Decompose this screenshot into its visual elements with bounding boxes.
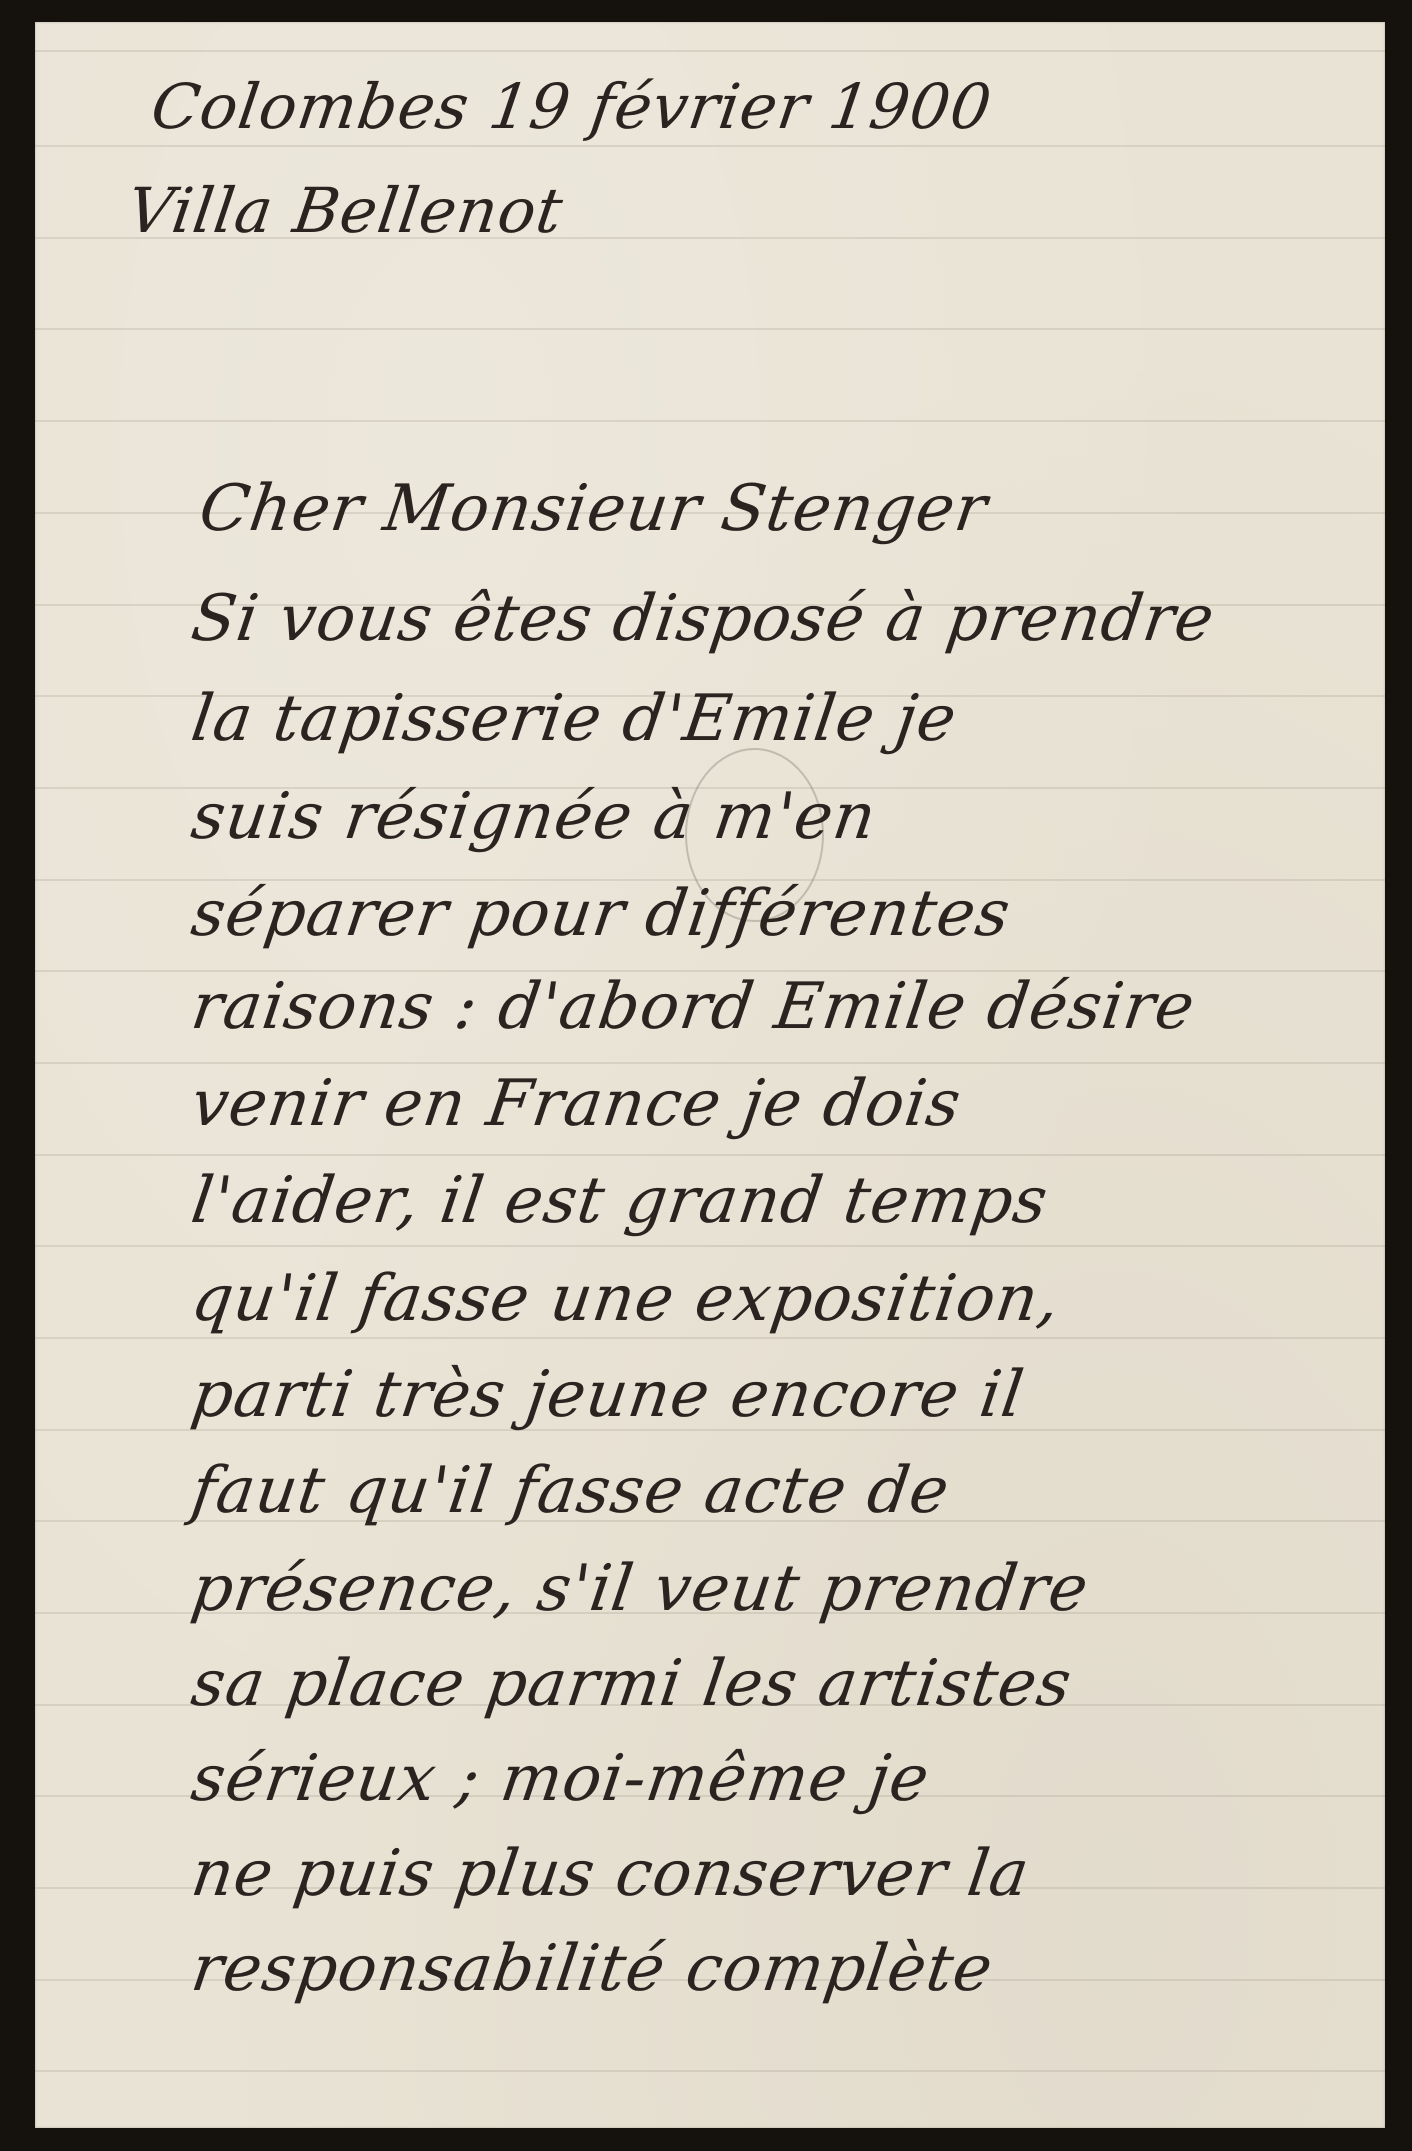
ruled-line	[35, 1062, 1385, 1064]
ruled-line	[35, 2070, 1385, 2072]
ruled-line	[35, 328, 1385, 330]
body-line: venir en France je dois	[187, 1067, 966, 1141]
body-line: raisons : d'abord Emile désire	[187, 970, 1200, 1044]
ruled-line	[35, 1245, 1385, 1247]
body-line: sa place parmi les artistes	[187, 1647, 1076, 1721]
ruled-line	[35, 1337, 1385, 1339]
body-line: la tapisserie d'Emile je	[187, 682, 961, 756]
ruled-line	[35, 1154, 1385, 1156]
salutation-line: Cher Monsieur Stenger	[195, 472, 992, 546]
body-line: présence, s'il veut prendre	[187, 1552, 1093, 1626]
ruled-line	[35, 420, 1385, 422]
place-date-line: Colombes 19 février 1900	[147, 70, 996, 143]
document-frame: Colombes 19 février 1900 Villa Bellenot …	[0, 0, 1412, 2151]
ruled-line	[35, 145, 1385, 147]
body-line: l'aider, il est grand temps	[187, 1164, 1053, 1238]
body-line: séparer pour différentes	[187, 877, 1015, 951]
body-line: ne puis plus conserver la	[187, 1837, 1034, 1911]
address-line: Villa Bellenot	[123, 174, 568, 247]
body-line: responsabilité complète	[187, 1932, 998, 2006]
body-line: sérieux ; moi-même je	[187, 1742, 934, 1816]
body-line: faut qu'il fasse acte de	[187, 1454, 954, 1528]
body-line: qu'il fasse une exposition,	[187, 1262, 1065, 1336]
body-line: parti très jeune encore il	[187, 1358, 1029, 1432]
ruled-line	[35, 50, 1385, 52]
body-line: suis résignée à m'en	[187, 780, 881, 854]
letter-page: Colombes 19 février 1900 Villa Bellenot …	[35, 22, 1385, 2128]
body-line: Si vous êtes disposé à prendre	[187, 582, 1219, 656]
